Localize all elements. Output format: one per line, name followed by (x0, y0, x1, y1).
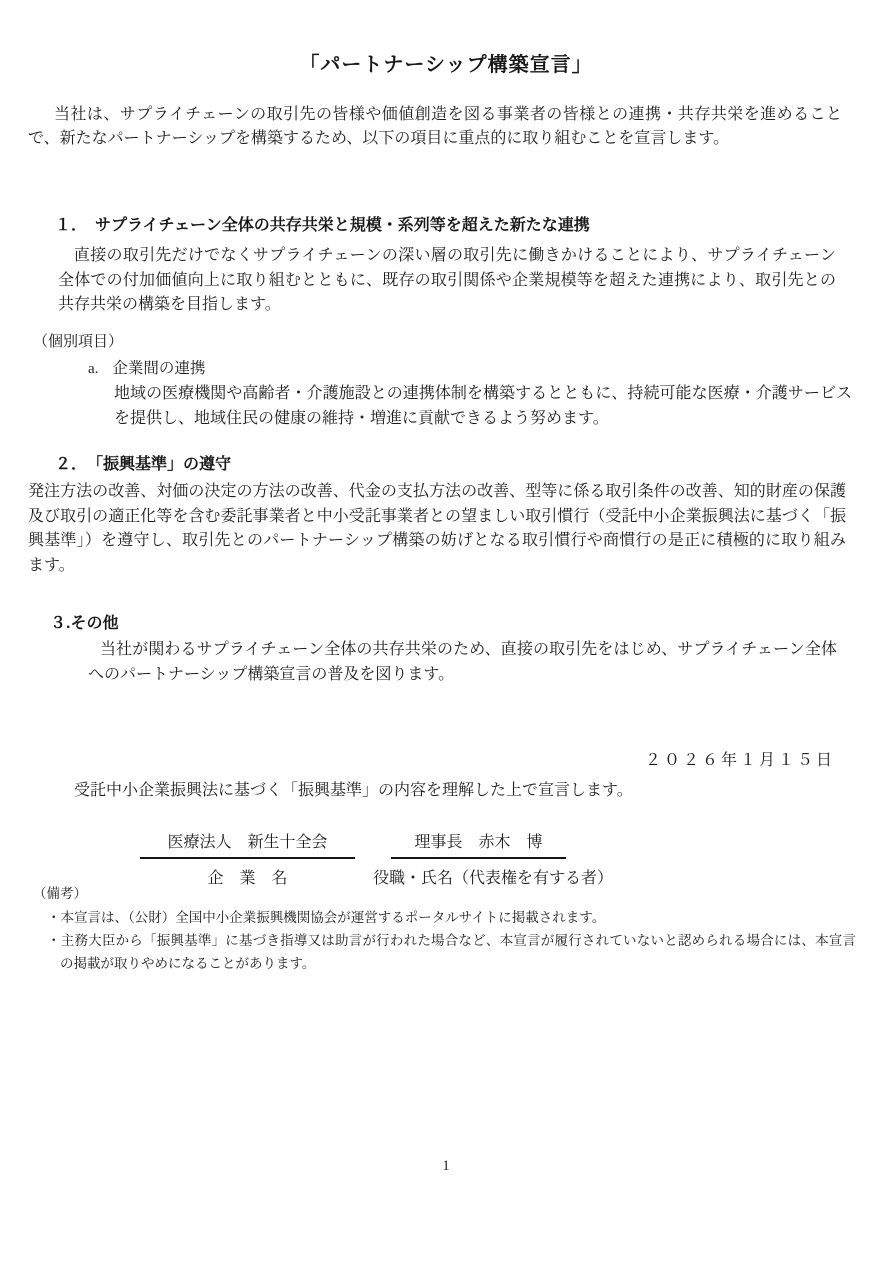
list-item-a-marker: a. (88, 361, 98, 378)
page-number: 1 (0, 1158, 892, 1175)
list-item-a: a.企業間の連携 (88, 356, 205, 378)
list-item-a-body: 地域の医療機関や高齢者・介護施設との連携体制を構築するとともに、持続可能な医療・… (114, 382, 852, 431)
signature-company-column: 医療法人 新生十全会 企 業 名 (140, 829, 355, 888)
section-2-body: 発注方法の改善、対価の決定の方法の改善、代金の支払方法の改善、型等に係る取引条件… (28, 480, 846, 578)
individual-items-label: （個別項目） (33, 330, 123, 351)
remarks-label: （備考） (33, 882, 856, 905)
document-page: 「パートナーシップ構築宣言」 当社は、サプライチェーンの取引先の皆様や価値創造を… (0, 0, 892, 1262)
company-name-value: 医療法人 新生十全会 (140, 829, 355, 859)
section-3-heading: ３.その他 (50, 610, 118, 633)
section-1-heading: １． サプライチェーン全体の共存共栄と規模・系列等を超えた新たな連携 (55, 212, 590, 235)
list-item-a-title: 企業間の連携 (112, 360, 205, 377)
section-3-body: 当社が関わるサプライチェーン全体の共存共栄のため、直接の取引先をはじめ、サプライ… (88, 638, 837, 687)
remarks-block: （備考） ・本宣言は、（公財）全国中小企業振興機関協会が運営するポータルサイトに… (33, 882, 856, 975)
representative-name-value: 理事長 赤木 博 (391, 829, 566, 859)
signature-representative-column: 理事長 赤木 博 役職・氏名（代表権を有する者） (391, 829, 613, 888)
remark-item: ・主務大臣から「振興基準」に基づき指導又は助言が行われた場合など、本宣言が履行さ… (33, 929, 856, 975)
document-title: 「パートナーシップ構築宣言」 (0, 48, 892, 77)
section-1-body: 直接の取引先だけでなくサプライチェーンの深い層の取引先に働きかけることにより、サ… (58, 244, 836, 318)
remark-item: ・本宣言は、（公財）全国中小企業振興機関協会が運営するポータルサイトに掲載されま… (33, 906, 856, 929)
declaration-statement: 受託中小企業振興法に基づく「振興基準」の内容を理解した上で宣言します。 (74, 777, 633, 800)
declaration-date: ２０２６年１月１５日 (0, 747, 835, 770)
signature-block: 医療法人 新生十全会 企 業 名 理事長 赤木 博 役職・氏名（代表権を有する者… (140, 829, 613, 888)
section-2-heading: ２． 「振興基準」の遵守 (55, 451, 231, 474)
intro-paragraph: 当社は、サプライチェーンの取引先の皆様や価値創造を図る事業者の皆様との連携・共存… (28, 103, 842, 151)
